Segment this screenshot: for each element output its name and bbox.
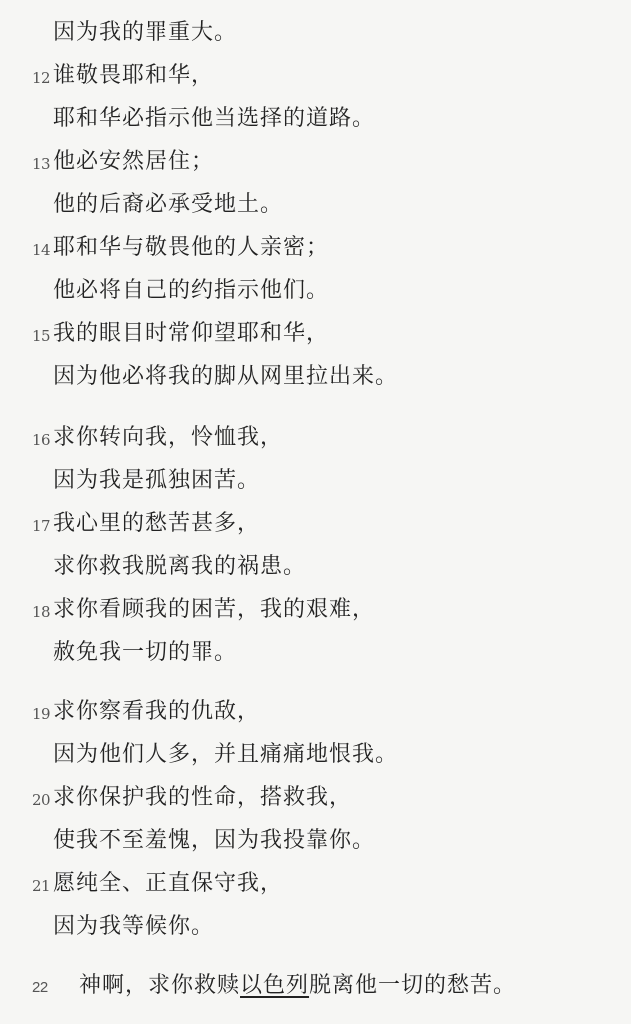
verse-line: 19求你察看我的仇敌， [0,692,631,732]
verse-line: 17我心里的愁苦甚多， [0,504,631,544]
verse-line: 21愿纯全、正直保守我， [0,864,631,904]
verse-text: 求你看顾我的困苦，我的艰难， [53,590,375,630]
verse-continuation-line: 耶和华必指示他当选择的道路。 [0,99,631,139]
verse-text-after: 脱离他一切的愁苦。 [309,973,516,998]
verse-text: 因为他们人多，并且痛痛地恨我。 [53,735,398,775]
verse-number: 18 [32,592,50,632]
verse-text: 他必将自己的约指示他们。 [53,271,329,311]
verse-number: 19 [32,694,50,734]
verse-text: 求你察看我的仇敌， [53,692,260,732]
verse-text: 求你保护我的性命，搭救我， [53,778,352,818]
verse-number: 16 [32,420,50,460]
verse-text: 神啊，求你救赎以色列脱离他一切的愁苦。 [79,966,516,1006]
verse-line: 16求你转向我，怜恤我， [0,418,631,458]
verse-text: 耶和华与敬畏他的人亲密； [53,228,329,268]
verse-continuation-line: 因为我是孤独困苦。 [0,461,631,501]
verse-continuation-line: 因为他必将我的脚从网里拉出来。 [0,357,631,397]
verse-line: 20求你保护我的性命，搭救我， [0,778,631,818]
verse-line: 13他必安然居住； [0,142,631,182]
verse-text: 赦免我一切的罪。 [53,633,237,673]
verse-number: 17 [32,506,50,546]
verse-text: 谁敬畏耶和华， [53,56,214,96]
verse-text: 他的后裔必承受地土。 [53,185,283,225]
verse-text: 我的眼目时常仰望耶和华， [53,314,329,354]
verse-text: 因为我是孤独困苦。 [53,461,260,501]
verse-continuation-line: 使我不至羞愧，因为我投靠你。 [0,821,631,861]
verse-text: 因为我等候你。 [53,907,214,947]
verse-text-before: 神啊，求你救赎 [79,973,240,998]
verse-text: 耶和华必指示他当选择的道路。 [53,99,375,139]
verse-continuation-line: 因为我的罪重大。 [0,13,631,53]
verse-number: 20 [32,780,50,820]
verse-number: 15 [32,316,50,356]
verse-continuation-line: 赦免我一切的罪。 [0,633,631,673]
verse-text: 使我不至羞愧，因为我投靠你。 [53,821,375,861]
verse-continuation-line: 他必将自己的约指示他们。 [0,271,631,311]
verse-continuation-line: 因为我等候你。 [0,907,631,947]
verse-line: 14耶和华与敬畏他的人亲密； [0,228,631,268]
verse-text: 我心里的愁苦甚多， [53,504,260,544]
verse-line: 12谁敬畏耶和华， [0,56,631,96]
verse-number: 12 [32,58,50,98]
proper-name-israel[interactable]: 以色列 [240,973,309,998]
verse-number: 14 [32,230,50,270]
verse-number: 21 [32,866,50,906]
verse-text: 他必安然居住； [53,142,214,182]
verse-number: 13 [32,144,50,184]
verse-continuation-line: 求你救我脱离我的祸患。 [0,547,631,587]
verse-line: 18求你看顾我的困苦，我的艰难， [0,590,631,630]
verse-text: 愿纯全、正直保守我， [53,864,283,904]
verse-text: 求你救我脱离我的祸患。 [53,547,306,587]
verse-continuation-line: 他的后裔必承受地土。 [0,185,631,225]
verse-number: 22 [32,968,48,1008]
verse-22-line: 22 神啊，求你救赎以色列脱离他一切的愁苦。 [0,966,631,1006]
verse-continuation-line: 因为他们人多，并且痛痛地恨我。 [0,735,631,775]
verse-text: 因为他必将我的脚从网里拉出来。 [53,357,398,397]
verse-line: 15我的眼目时常仰望耶和华， [0,314,631,354]
verse-text: 求你转向我，怜恤我， [53,418,283,458]
verse-text: 因为我的罪重大。 [53,13,237,53]
